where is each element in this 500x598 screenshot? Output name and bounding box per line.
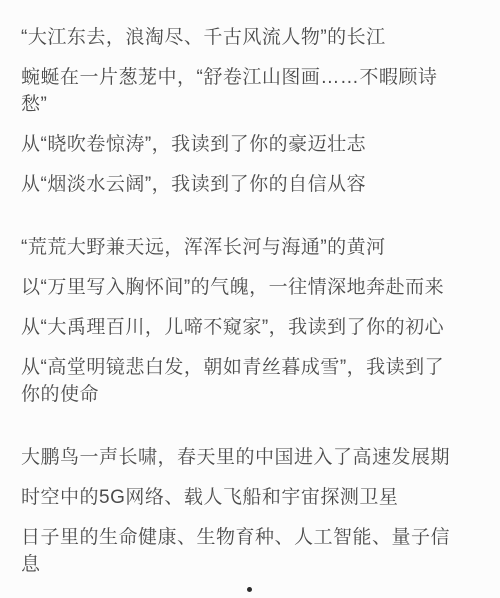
text-line: 以“万里写入胸怀间”的气魄，一往情深地奔赴而来	[21, 274, 484, 301]
paragraph: 时空中的5G网络、载人飞船和宇宙探测卫星	[21, 484, 484, 511]
paragraph: 从“高堂明镜悲白发，朝如青丝暮成雪”，我读到了你的使命	[21, 354, 484, 408]
paragraph: 从“烟淡水云阔”，我读到了你的自信从容	[21, 171, 484, 198]
text-line: 息	[21, 551, 484, 578]
paragraph: 从“晓吹卷惊涛”，我读到了你的豪迈壮志	[21, 131, 484, 158]
paragraph: “荒荒大野兼天远，浑浑长河与海通”的黄河	[21, 234, 484, 261]
text-line: 蜿蜒在一片葱茏中，“舒卷江山图画……不暇顾诗	[21, 64, 484, 91]
text-line: 日子里的生命健康、生物育种、人工智能、量子信	[21, 524, 484, 551]
text-section: “荒荒大野兼天远，浑浑长河与海通”的黄河以“万里写入胸怀间”的气魄，一往情深地奔…	[21, 234, 484, 408]
text-section: 大鹏鸟一声长啸，春天里的中国进入了高速发展期时空中的5G网络、载人飞船和宇宙探测…	[21, 444, 484, 578]
paragraph: 以“万里写入胸怀间”的气魄，一往情深地奔赴而来	[21, 274, 484, 301]
paragraph: 大鹏鸟一声长啸，春天里的中国进入了高速发展期	[21, 444, 484, 471]
paragraph: “大江东去，浪淘尽、千古风流人物”的长江	[21, 24, 484, 51]
text-line: “荒荒大野兼天远，浑浑长河与海通”的黄河	[21, 234, 484, 261]
paragraph: 日子里的生命健康、生物育种、人工智能、量子信息	[21, 524, 484, 578]
text-line: “大江东去，浪淘尽、千古风流人物”的长江	[21, 24, 484, 51]
text-line: 从“晓吹卷惊涛”，我读到了你的豪迈壮志	[21, 131, 484, 158]
paragraph: 从“大禹理百川，儿啼不窥家”，我读到了你的初心	[21, 314, 484, 341]
text-line: 愁”	[21, 91, 484, 118]
poem-document: “大江东去，浪淘尽、千古风流人物”的长江蜿蜒在一片葱茏中，“舒卷江山图画……不暇…	[0, 0, 500, 591]
text-line: 你的使命	[21, 381, 484, 408]
text-line: 从“大禹理百川，儿啼不窥家”，我读到了你的初心	[21, 314, 484, 341]
text-section: “大江东去，浪淘尽、千古风流人物”的长江蜿蜒在一片葱茏中，“舒卷江山图画……不暇…	[21, 24, 484, 198]
text-line: 从“烟淡水云阔”，我读到了你的自信从容	[21, 171, 484, 198]
bottom-dot-indicator	[247, 587, 252, 592]
text-line: 时空中的5G网络、载人飞船和宇宙探测卫星	[21, 484, 484, 511]
paragraph: 蜿蜒在一片葱茏中，“舒卷江山图画……不暇顾诗愁”	[21, 64, 484, 118]
text-line: 从“高堂明镜悲白发，朝如青丝暮成雪”，我读到了	[21, 354, 484, 381]
text-line: 大鹏鸟一声长啸，春天里的中国进入了高速发展期	[21, 444, 484, 471]
